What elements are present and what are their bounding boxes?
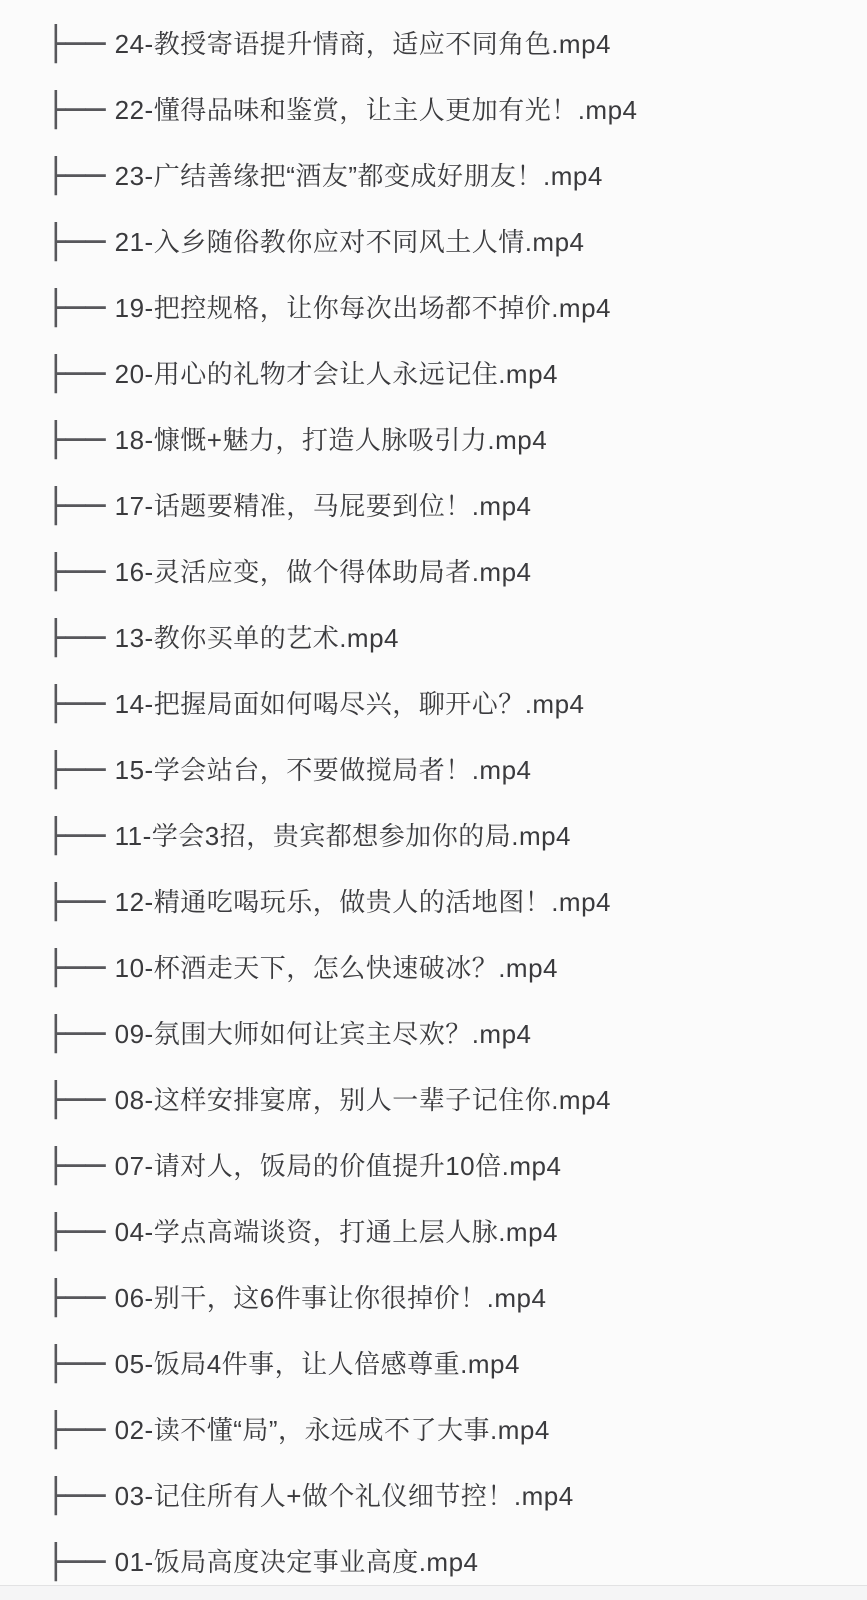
file-tree-row: ├── 10-杯酒走天下，怎么快速破冰？.mp4 [0,935,867,1001]
file-name-label: 21-入乡随俗教你应对不同风土人情.mp4 [115,229,585,255]
file-name-label: 06-别干，这6件事让你很掉价！.mp4 [115,1285,547,1311]
file-name-label: 24-教授寄语提升情商，适应不同角色.mp4 [115,31,611,57]
tree-branch-icon: ├── [46,1481,106,1511]
file-tree-row: ├── 18-慷慨+魅力，打造人脉吸引力.mp4 [0,407,867,473]
file-tree-row: ├── 08-这样安排宴席，别人一辈子记住你.mp4 [0,1067,867,1133]
file-tree-row: ├── 22-懂得品味和鉴赏，让主人更加有光！.mp4 [0,77,867,143]
file-name-label: 23-广结善缘把“酒友”都变成好朋友！.mp4 [115,163,603,189]
tree-branch-icon: ├── [46,755,106,785]
tree-branch-icon: ├── [46,1283,106,1313]
tree-branch-icon: ├── [46,1019,106,1049]
file-name-label: 13-教你买单的艺术.mp4 [115,625,399,651]
file-name-label: 11-学会3招，贵宾都想参加你的局.mp4 [115,823,571,849]
file-tree-row: ├── 04-学点高端谈资，打通上层人脉.mp4 [0,1199,867,1265]
file-tree: ├── 24-教授寄语提升情商，适应不同角色.mp4 ├── 22-懂得品味和鉴… [0,0,867,1595]
tree-branch-icon: ├── [46,29,106,59]
bottom-divider [0,1585,867,1600]
tree-branch-icon: ├── [46,1547,106,1577]
tree-branch-icon: ├── [46,359,106,389]
file-name-label: 17-话题要精准，马屁要到位！.mp4 [115,493,532,519]
tree-branch-icon: ├── [46,623,106,653]
file-tree-row: ├── 11-学会3招，贵宾都想参加你的局.mp4 [0,803,867,869]
tree-branch-icon: ├── [46,689,106,719]
file-tree-row: ├── 17-话题要精准，马屁要到位！.mp4 [0,473,867,539]
file-name-label: 16-灵活应变，做个得体助局者.mp4 [115,559,532,585]
file-tree-row: ├── 20-用心的礼物才会让人永远记住.mp4 [0,341,867,407]
file-tree-row: ├── 07-请对人，饭局的价值提升10倍.mp4 [0,1133,867,1199]
file-name-label: 07-请对人，饭局的价值提升10倍.mp4 [115,1153,562,1179]
tree-branch-icon: ├── [46,887,106,917]
file-tree-row: ├── 09-氛围大师如何让宾主尽欢？.mp4 [0,1001,867,1067]
tree-branch-icon: ├── [46,1085,106,1115]
file-tree-row: ├── 19-把控规格，让你每次出场都不掉价.mp4 [0,275,867,341]
tree-branch-icon: ├── [46,953,106,983]
file-name-label: 05-饭局4件事，让人倍感尊重.mp4 [115,1351,520,1377]
file-name-label: 15-学会站台，不要做搅局者！.mp4 [115,757,532,783]
file-name-label: 08-这样安排宴席，别人一辈子记住你.mp4 [115,1087,611,1113]
tree-branch-icon: ├── [46,1415,106,1445]
file-name-label: 01-饭局高度决定事业高度.mp4 [115,1549,479,1575]
file-name-label: 09-氛围大师如何让宾主尽欢？.mp4 [115,1021,532,1047]
tree-branch-icon: ├── [46,425,106,455]
tree-branch-icon: ├── [46,227,106,257]
tree-branch-icon: ├── [46,293,106,323]
file-tree-row: ├── 05-饭局4件事，让人倍感尊重.mp4 [0,1331,867,1397]
tree-branch-icon: ├── [46,491,106,521]
file-tree-row: ├── 13-教你买单的艺术.mp4 [0,605,867,671]
file-name-label: 20-用心的礼物才会让人永远记住.mp4 [115,361,558,387]
tree-branch-icon: ├── [46,1349,106,1379]
file-name-label: 04-学点高端谈资，打通上层人脉.mp4 [115,1219,558,1245]
file-name-label: 14-把握局面如何喝尽兴，聊开心？.mp4 [115,691,585,717]
tree-branch-icon: ├── [46,161,106,191]
file-tree-row: ├── 24-教授寄语提升情商，适应不同角色.mp4 [0,11,867,77]
file-tree-row: ├── 03-记住所有人+做个礼仪细节控！.mp4 [0,1463,867,1529]
file-name-label: 12-精通吃喝玩乐，做贵人的活地图！.mp4 [115,889,611,915]
file-tree-row: ├── 14-把握局面如何喝尽兴，聊开心？.mp4 [0,671,867,737]
file-tree-row: ├── 21-入乡随俗教你应对不同风土人情.mp4 [0,209,867,275]
file-name-label: 19-把控规格，让你每次出场都不掉价.mp4 [115,295,611,321]
tree-branch-icon: ├── [46,821,106,851]
file-tree-row: ├── 06-别干，这6件事让你很掉价！.mp4 [0,1265,867,1331]
file-tree-row: ├── 02-读不懂“局”，永远成不了大事.mp4 [0,1397,867,1463]
file-tree-row: ├── 15-学会站台，不要做搅局者！.mp4 [0,737,867,803]
tree-branch-icon: ├── [46,1217,106,1247]
file-name-label: 18-慷慨+魅力，打造人脉吸引力.mp4 [115,427,548,453]
tree-branch-icon: ├── [46,1151,106,1181]
file-name-label: 10-杯酒走天下，怎么快速破冰？.mp4 [115,955,558,981]
file-name-label: 03-记住所有人+做个礼仪细节控！.mp4 [115,1483,574,1509]
file-name-label: 22-懂得品味和鉴赏，让主人更加有光！.mp4 [115,97,638,123]
tree-branch-icon: ├── [46,95,106,125]
tree-branch-icon: ├── [46,557,106,587]
file-tree-row: ├── 16-灵活应变，做个得体助局者.mp4 [0,539,867,605]
file-tree-row: ├── 23-广结善缘把“酒友”都变成好朋友！.mp4 [0,143,867,209]
file-name-label: 02-读不懂“局”，永远成不了大事.mp4 [115,1417,550,1443]
file-tree-row: ├── 12-精通吃喝玩乐，做贵人的活地图！.mp4 [0,869,867,935]
